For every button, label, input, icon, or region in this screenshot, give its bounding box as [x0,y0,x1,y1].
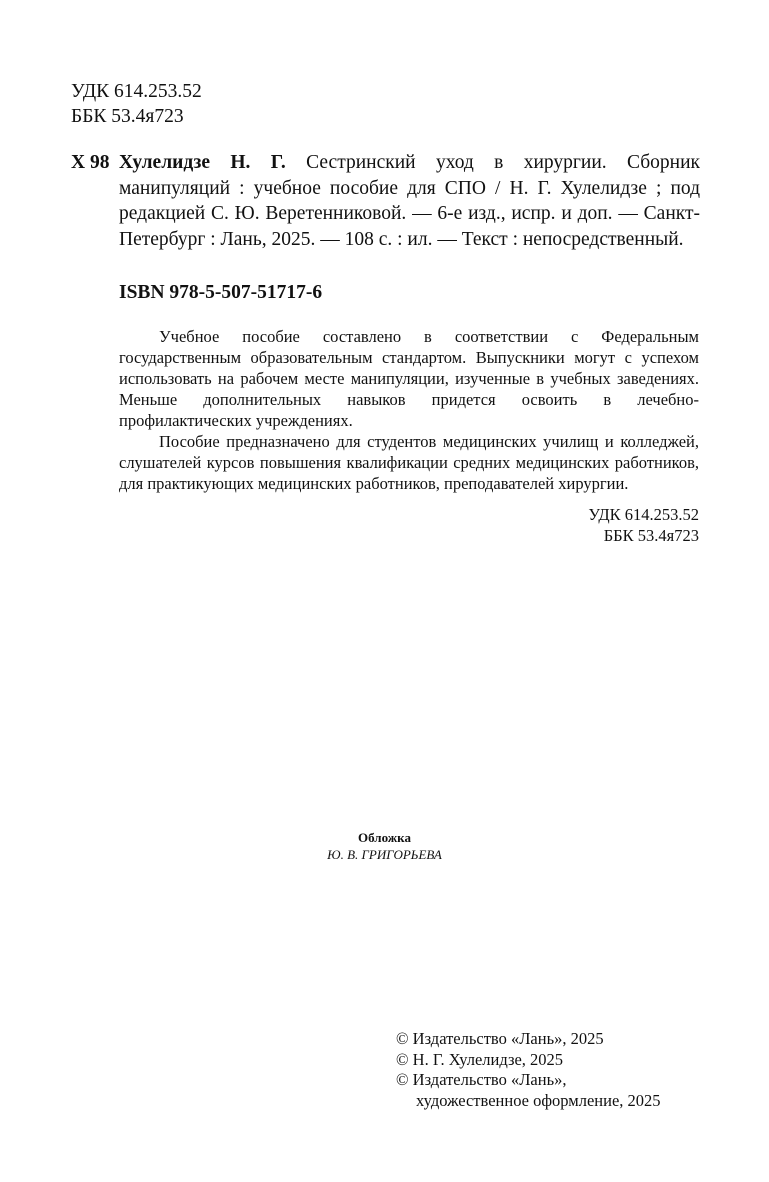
udk-code: УДК 614.253.52 [71,79,202,104]
copyright-line-continuation: художественное оформление, 2025 [396,1091,661,1112]
bibliographic-description: Хулелидзе Н. Г. Сестринский уход в хирур… [119,150,700,252]
copyright-line: © Н. Г. Хулелидзе, 2025 [396,1050,661,1071]
copyright-line: © Издательство «Лань», [396,1070,661,1091]
annotation-paragraph: Пособие предназначено для студентов меди… [119,431,699,494]
classification-codes-top: УДК 614.253.52 ББК 53.4я723 [71,79,202,129]
cover-label: Обложка [0,829,769,846]
classification-codes-bottom: УДК 614.253.52 ББК 53.4я723 [588,504,699,546]
copyright-line: © Издательство «Лань», 2025 [396,1029,661,1050]
author-mark: Х 98 [71,150,109,176]
copyright-block: © Издательство «Лань», 2025 © Н. Г. Хуле… [396,1029,661,1111]
cover-credit: Обложка Ю. В. ГРИГОРЬЕВА [0,829,769,863]
bbk-code: ББК 53.4я723 [588,525,699,546]
annotation-paragraph: Учебное пособие составлено в соответстви… [119,326,699,431]
annotation: Учебное пособие составлено в соответстви… [119,326,699,494]
cover-designer: Ю. В. ГРИГОРЬЕВА [0,846,769,863]
udk-code: УДК 614.253.52 [588,504,699,525]
author-name: Хулелидзе Н. Г. [119,152,286,173]
bbk-code: ББК 53.4я723 [71,104,202,129]
isbn: ISBN 978-5-507-51717-6 [119,280,322,306]
